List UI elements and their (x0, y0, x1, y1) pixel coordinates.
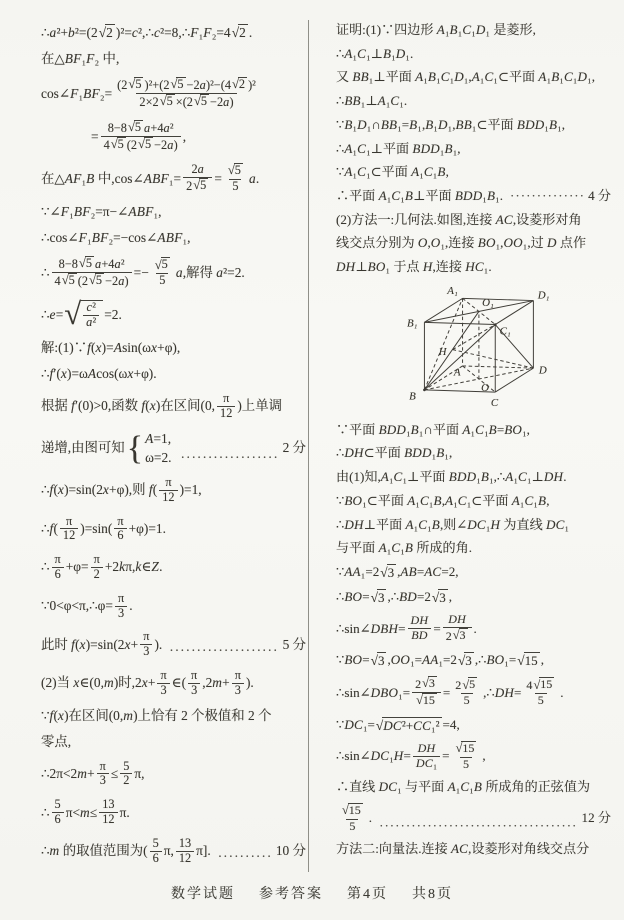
fraction: 56 (150, 837, 162, 866)
text-run: 15 (462, 741, 474, 755)
text-run: 5 (135, 120, 141, 134)
vertex-label-D1: D₁ (536, 289, 549, 301)
numerator: DH (445, 613, 469, 626)
radical-sign-icon: √ (99, 26, 107, 40)
text-run: 2 分 (283, 440, 306, 456)
math-line: ∴BO=√3,∴BD=2√3, (336, 589, 611, 606)
numerator: π (140, 630, 152, 644)
fraction: DH2√3 (443, 613, 472, 643)
math-line: ∴BB₁⊥A₁C₁. (336, 93, 611, 109)
radical-sign-icon: √ (89, 274, 96, 287)
text-run: 3 (460, 628, 466, 642)
radicand: 3 (377, 652, 387, 669)
text-run: 2 (123, 773, 129, 787)
text-run: ,∴BD=2 (387, 589, 430, 605)
numerator: π (188, 669, 200, 683)
denominator: 6 (52, 812, 64, 827)
text-run: 由(1)知,A₁C₁⊥平面 BDD₁B₁,∴A₁C₁⊥DH. (336, 469, 566, 485)
math-line: 线交点分别为 O,O₁,连接 BO₁,OO₁,过 D 点作 (336, 235, 611, 251)
fraction: π3 (115, 592, 127, 621)
text-run: 2 (94, 567, 100, 581)
text-run: π (160, 669, 166, 682)
text-run: A=1, (145, 431, 171, 446)
vertex-label-C: C (490, 397, 498, 409)
text-run: DC₁ (416, 756, 437, 770)
square-root: √5 (138, 137, 153, 152)
math-line: 递增,由图可知{A=1,ω=2.························… (41, 431, 306, 466)
square-root: √3 (432, 589, 448, 606)
radicand: 5 (117, 137, 126, 152)
math-line: ∴m 的取值范围为(56π,1312π].···················… (41, 837, 306, 866)
dot-leader: ········································… (218, 849, 271, 865)
text-run: = (91, 129, 99, 145)
numerator: 2√3 (412, 676, 441, 692)
text-run: ∴2π<2m+ (41, 766, 95, 782)
denominator: 3 (115, 606, 127, 621)
text-run: ∵0<φ<π,∴φ= (41, 598, 113, 614)
left-brace-icon: { (127, 435, 143, 462)
math-line: DH⊥BO₁ 于点 H,连接 HC₁. (336, 259, 611, 275)
numerator: π (220, 392, 232, 406)
numerator: √5 (151, 257, 174, 273)
radicand: 5 (144, 137, 153, 152)
text-run: 4 (104, 138, 110, 152)
fraction: 1312 (176, 837, 194, 866)
text-run: ∴cos∠F₁BF₂=−cos∠ABF₁, (41, 230, 191, 246)
text-run: (2 (117, 78, 127, 92)
math-line: ∴π6+φ=π2+2kπ,k∈Z. (41, 553, 306, 582)
square-root: √c²a² (64, 299, 103, 330)
text-run: ∵BO₁⊂平面 A₁C₁B,A₁C₁⊂平面 A₁C₁B, (336, 493, 549, 509)
square-root: √3 (371, 652, 387, 669)
denominator: 12 (99, 812, 117, 827)
denominator: 6 (52, 567, 64, 582)
fraction: 2a2√5 (183, 163, 212, 194)
text-run: 根据 f′(0)>0,函数 f(x)在区间(0, (41, 398, 215, 414)
text-run: 2 (415, 677, 421, 691)
dot-leader: ········································… (379, 818, 576, 834)
text-run: )上单调 (237, 398, 282, 414)
text-run: ∴ (41, 805, 50, 821)
radicand: 15 (461, 741, 476, 755)
numerator: 13 (99, 798, 117, 812)
text-run: 8−8 (59, 257, 78, 271)
text-run: ∴DH⊂平面 BDD₁B₁, (336, 445, 452, 461)
fraction: π3 (97, 760, 109, 789)
vertex-label-C1: C₁ (499, 325, 510, 337)
text-run: )=1, (180, 482, 202, 498)
denominator: DC₁ (413, 756, 440, 770)
page-footer: 数学试题 参考答案 第4页 共8页 (0, 883, 624, 903)
text-run: = (442, 748, 449, 764)
text-run: 5 (167, 94, 173, 108)
vertex-dot (423, 388, 426, 391)
square-root: √5 (62, 273, 77, 288)
fraction: 8−8√5a+4a²4√5(2√5−2a) (101, 120, 181, 153)
text-run: 5 (538, 693, 544, 707)
square-root: √3 (453, 628, 468, 642)
text-run: )²=c²,∴c²=8,∴F₁F₂=4 (116, 25, 231, 41)
denominator: 2 (91, 567, 103, 582)
fraction: π3 (157, 669, 169, 698)
text-run: ∴BB₁⊥A₁C₁. (336, 93, 407, 109)
denominator: 3 (140, 644, 152, 659)
text-run: π (118, 592, 124, 605)
text-run: 13 (102, 798, 114, 811)
text-run: (2 (78, 274, 88, 288)
text-run: 12 (63, 528, 75, 542)
radical-sign-icon: √ (228, 164, 235, 177)
text-run: π (100, 760, 106, 773)
numerator: DH (408, 614, 432, 627)
numerator: c² (84, 301, 99, 315)
math-line: 根据 f′(0)>0,函数 f(x)在区间(0,π12)上单调 (41, 392, 306, 421)
denominator: 12 (60, 528, 78, 543)
radical-sign-icon: √ (416, 694, 423, 706)
text-run: ∴平面 A₁C₁B⊥平面 BDD₁B₁. (336, 188, 503, 204)
text-run: a+4a² (95, 257, 125, 271)
text-run: , (541, 652, 544, 668)
denominator: 3 (188, 683, 200, 698)
vertex-label-O1: O₁ (482, 297, 494, 309)
radical-sign-icon: √ (79, 257, 86, 270)
text-run: 10 分 (276, 843, 306, 859)
math-line: ∴8−8√5a+4a²4√5(2√5−2a)=−√55a,解得 a²=2. (41, 256, 306, 289)
fraction: π12 (60, 515, 78, 544)
text-run: 6 (117, 528, 123, 542)
radicand: 5 (68, 273, 77, 288)
text-run: 2 (455, 679, 461, 693)
text-run: 5 (201, 94, 207, 108)
text-run: a+4a² (144, 121, 174, 135)
text-run: 15 (540, 677, 552, 691)
denominator: 3 (232, 683, 244, 698)
fraction: √155 (338, 803, 367, 833)
square-root: √15 (416, 693, 437, 707)
fraction: (2√5)²+(2√5−2a)²−(4√2)²2×2√5×(2√5−2a) (114, 77, 259, 110)
numerator: 5 (150, 837, 162, 851)
radical-sign-icon: √ (138, 138, 145, 151)
text-run: 零点, (41, 734, 71, 750)
numerator: π (97, 760, 109, 774)
square-root: √5 (170, 77, 185, 92)
numerator: √5 (224, 163, 247, 179)
square-root: √3 (371, 589, 387, 606)
fraction: 52 (120, 760, 132, 789)
numerator: 8−8√5a+4a² (105, 120, 177, 136)
text-run: 5 (96, 273, 102, 287)
text-run: ∴直线 DC₁ 与平面 A₁C₁B 所成角的正弦值为 (336, 779, 590, 795)
math-line: 方法二:向量法.连接 AC,设菱形对角线交点分 (336, 841, 611, 857)
text-run: . (474, 621, 477, 637)
radicand: 15 (524, 652, 540, 669)
math-line: ∵AA₁=2√3,AB=AC=2, (336, 564, 611, 581)
radicand: 3 (428, 676, 437, 690)
text-run: DH (418, 741, 436, 755)
radicand: 3 (387, 564, 397, 581)
fraction: π3 (188, 669, 200, 698)
text-run: ≤ (111, 766, 118, 782)
square-root: √5 (194, 94, 209, 109)
denominator: 5 (156, 273, 168, 288)
fraction: π3 (140, 630, 152, 659)
text-run: , (449, 589, 452, 605)
figure-container: A₁B₁C₁D₁O₁ABCDOH (336, 283, 611, 414)
vertex-label-A: A (452, 366, 460, 378)
cases-rows: A=1,ω=2. (145, 431, 171, 466)
text-run: ∵平面 BDD₁B₁∩平面 A₁C₁B=BO₁, (336, 422, 530, 438)
figure-edge (424, 322, 495, 324)
radicand: 5 (468, 677, 477, 691)
square-root: √15 (342, 803, 363, 817)
fraction: DHBD (408, 614, 432, 642)
cases-row: A=1, (145, 431, 171, 447)
radicand: 5 (134, 77, 143, 92)
square-root: √15 (456, 741, 477, 755)
text-run: 5 (349, 819, 355, 833)
vertex-label-B: B (409, 390, 416, 402)
text-run: ∴e= (41, 307, 63, 323)
figure-edge (452, 324, 494, 349)
text-run: 3 (378, 590, 385, 605)
radical-sign-icon: √ (160, 95, 167, 108)
text-run: 5 (463, 757, 469, 771)
fraction: π6 (52, 553, 64, 582)
numerator: √15 (338, 803, 367, 819)
text-run: cos∠F₁BF₂= (41, 86, 112, 102)
text-run: 5 (145, 137, 151, 151)
text-run: . (249, 25, 252, 41)
square-root: √15 (517, 652, 539, 669)
text-run: ∴ (41, 265, 50, 281)
text-run: 证明:(1)∵四边形 A₁B₁C₁D₁ 是菱形, (336, 22, 536, 38)
text-run: 5 (153, 837, 159, 850)
dot-leader: ········································… (510, 188, 583, 204)
vertex-label-A1: A₁ (446, 285, 458, 297)
denominator: 12 (159, 490, 177, 505)
fraction: π2 (91, 553, 103, 582)
text-run: 6 (55, 567, 61, 581)
text-run: 此时 f(x)=sin(2x+ (41, 637, 138, 653)
radicand: 3 (459, 628, 468, 642)
denominator: √15 (412, 692, 441, 709)
radical-sign-icon: √ (371, 591, 378, 604)
square-root: √5 (128, 120, 143, 135)
text-run: 在△BF₁F₂ 中, (41, 51, 119, 67)
text-run: c² (87, 300, 96, 314)
text-run: ∵A₁C₁⊂平面 A₁C₁B, (336, 164, 449, 180)
footer-page-number: 第4页 (347, 883, 388, 903)
text-run: 5 (135, 77, 141, 91)
denominator: 2 (120, 773, 132, 788)
math-line: ∴56π<m≤1312π. (41, 798, 306, 827)
vertex-label-D: D (537, 364, 546, 376)
text-run: ∴sin∠DBH= (336, 621, 406, 637)
dot-leader: ········································… (181, 450, 278, 466)
fraction: 1312 (99, 798, 117, 827)
dot-leader: ········································… (169, 643, 277, 659)
text-run: 3 (465, 653, 472, 668)
text-run: ∴A₁C₁⊥平面 BDD₁B₁, (336, 141, 461, 157)
numerator: 13 (176, 837, 194, 851)
radicand: 5 (200, 94, 209, 109)
text-run: 12 (179, 851, 191, 865)
text-run: 5 (159, 273, 165, 287)
radical-sign-icon: √ (376, 719, 383, 732)
text-run: . (560, 685, 563, 701)
math-line: ∴sin∠DBH=DHBD=DH2√3. (336, 613, 611, 643)
left-column: ∴a²+b²=(2√2)²=c²,∴c²=8,∴F₁F₂=4√2.在△BF₁F₂… (14, 14, 306, 875)
text-run: ∴f(x)=sin(2x+φ),则 f( (41, 482, 157, 498)
text-run: 2 (239, 77, 245, 91)
math-line: ∴2π<2m+π3≤52π, (41, 760, 306, 789)
figure-edge (452, 349, 533, 368)
text-run: 15 (349, 803, 361, 817)
text-run: a. (249, 171, 259, 187)
radical-sign-icon: √ (155, 259, 162, 272)
numerator: π (52, 553, 64, 567)
radical-sign-icon: √ (232, 78, 239, 91)
fraction: π12 (217, 392, 235, 421)
numerator: π (115, 592, 127, 606)
text-run: ∴DH⊥平面 A₁C₁B,则∠DC₁H 为直线 DC₁ (336, 517, 569, 533)
fraction: π12 (159, 476, 177, 505)
radical-sign-icon: √ (342, 804, 349, 816)
numerator: 8−8√5a+4a² (56, 256, 128, 272)
text-run: 3 (235, 683, 241, 697)
text-run: 5 (86, 256, 92, 270)
text-run: π (117, 515, 123, 528)
text-run: DH⊥BO₁ 于点 H,连接 HC₁. (336, 259, 492, 275)
radical-sign-icon: √ (62, 274, 69, 287)
text-run: 递增,由图可知 (41, 440, 125, 456)
text-run: 2a (191, 163, 204, 176)
math-line: 18.证明:(1)∵四边形 A₁B₁C₁D₁ 是菱形, (336, 22, 611, 38)
text-run: −2a)²−(4 (187, 78, 231, 92)
math-line: ∵A₁C₁⊂平面 A₁C₁B, (336, 164, 611, 180)
radicand: 5 (85, 256, 94, 271)
fraction: c²a² (83, 301, 99, 330)
text-run: DH (411, 613, 429, 627)
square-root: √5 (193, 178, 208, 193)
math-line: ∴sin∠DC₁H=DHDC₁=√155, (336, 741, 611, 771)
text-run: π (143, 630, 149, 643)
radicand: c²a² (80, 300, 103, 330)
denominator: 2×2√5×(2√5−2a) (136, 93, 236, 110)
text-run: ∵DC₁= (336, 717, 375, 733)
numerator: π (157, 669, 169, 683)
text-run: 12 分 (582, 810, 611, 826)
text-run: 在△AF₁B 中,cos∠ABF₁= (41, 171, 181, 187)
denominator: 12 (217, 406, 235, 421)
text-run: π (165, 476, 171, 489)
text-run: ×(2 (176, 95, 193, 109)
denominator: 12 (176, 851, 194, 866)
text-run: )²+(2 (144, 78, 169, 92)
square-root: √15 (533, 677, 554, 691)
text-run: 5 (69, 273, 75, 287)
text-run: . (129, 598, 132, 614)
text-run: 5 (55, 798, 61, 811)
denominator: 2√5 (183, 177, 212, 194)
text-run: )² (248, 78, 256, 92)
vertex-dot (493, 323, 496, 326)
text-run: 与平面 A₁C₁B 所成的角. (336, 540, 472, 556)
text-run: )=sin( (80, 521, 112, 537)
denominator: 5 (460, 757, 472, 771)
text-run: 12 (220, 406, 232, 420)
text-run: , (183, 129, 186, 145)
radicand: 5 (161, 257, 170, 272)
denominator: 5 (461, 693, 473, 707)
radicand: 2 (238, 77, 247, 92)
text-run: BD (411, 628, 427, 642)
denominator: 6 (150, 851, 162, 866)
numerator: π (162, 476, 174, 490)
numerator: 4√15 (523, 677, 558, 693)
text-run: π (66, 515, 72, 528)
text-run: π. (120, 805, 130, 821)
vertex-label-B1: B₁ (406, 317, 417, 329)
fraction: √55 (224, 163, 247, 194)
text-run: +2kπ,k∈Z. (105, 559, 163, 575)
math-line: =8−8√5a+4a²4√5(2√5−2a), (41, 120, 306, 153)
fraction: √55 (151, 257, 174, 288)
footer-answer-label: 参考答案 (259, 883, 323, 903)
square-root: √3 (380, 564, 396, 581)
radical-sign-icon: √ (194, 95, 201, 108)
text-run: ∴A₁C₁⊥B₁D₁. (336, 46, 413, 62)
math-line: √155.···································… (336, 803, 611, 833)
radicand: 5 (166, 94, 175, 109)
radical-sign-icon: √ (462, 679, 469, 691)
text-run: ∴sin∠DC₁H= (336, 748, 411, 764)
text-run: 5 (469, 677, 475, 691)
radical-sign-icon: √ (456, 742, 463, 754)
footer-doc-title: 数学试题 (171, 883, 235, 903)
text-run: =− (134, 265, 149, 281)
text-run: ∴ (41, 559, 50, 575)
text-run: π]. (196, 843, 211, 859)
math-line: 由(1)知,A₁C₁⊥平面 BDD₁B₁,∴A₁C₁⊥DH. (336, 469, 611, 485)
math-line: 零点, (41, 734, 306, 750)
text-run: ∵BO= (336, 652, 370, 668)
text-run: a,解得 a²=2. (176, 265, 245, 281)
math-line: 此时 f(x)=sin(2x+π3).·····················… (41, 630, 306, 659)
math-line: ∴直线 DC₁ 与平面 A₁C₁B 所成角的正弦值为 (336, 779, 611, 795)
radicand: 5 (199, 178, 208, 193)
math-line: ∴f(π12)=sin(π6+φ)=1. (41, 515, 306, 544)
text-run: 2 (106, 25, 113, 40)
text-run: = (443, 685, 450, 701)
text-run: +φ= (66, 559, 89, 575)
figure-edge (462, 298, 533, 300)
text-run: 13 (179, 837, 191, 850)
text-run: (2 (127, 138, 137, 152)
math-line: ∴平面 A₁C₁B⊥平面 BDD₁B₁.····················… (336, 188, 611, 204)
text-run: π, (164, 843, 174, 859)
text-run: 5 (177, 77, 183, 91)
text-run: ∈( (172, 675, 186, 691)
numerator: 2√5 (452, 677, 481, 693)
fraction: 56 (52, 798, 64, 827)
two-column-layout: ∴a²+b²=(2√2)²=c²,∴c²=8,∴F₁F₂=4√2.在△BF₁F₂… (14, 14, 618, 875)
radicand: 15 (539, 677, 554, 691)
vertex-label-H: H (437, 346, 447, 358)
numerator: π (114, 515, 126, 529)
text-run: (2)方法一:几何法.如图,连接 AC,设菱形对角 (336, 212, 582, 228)
radical-sign-icon: √ (170, 78, 177, 91)
